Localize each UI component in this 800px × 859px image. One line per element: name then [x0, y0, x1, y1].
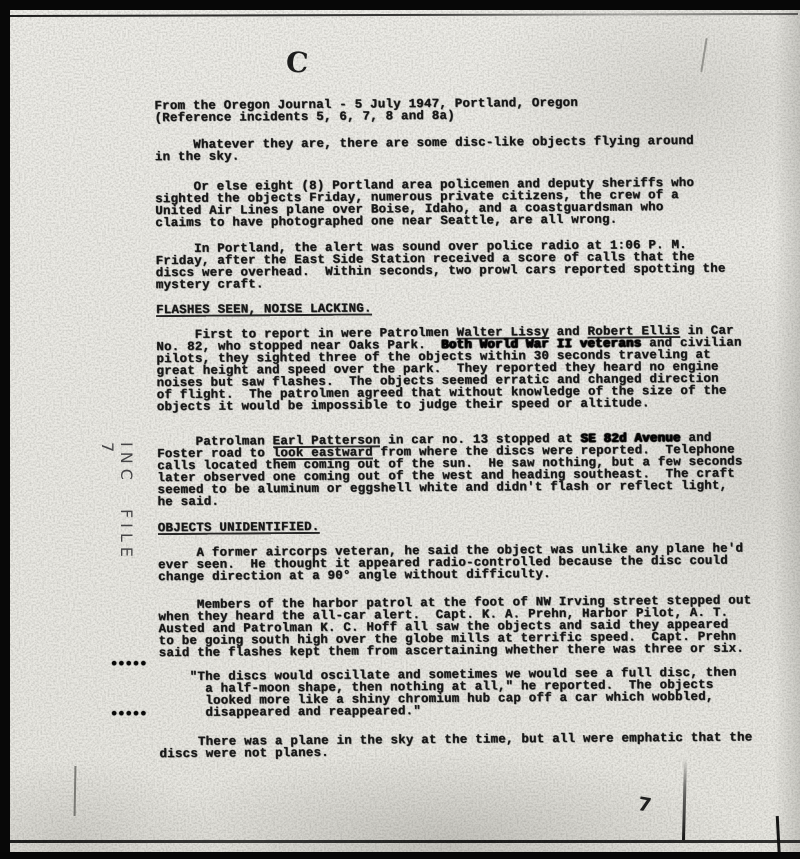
- text-line: objects it would be impossible to judge …: [157, 397, 742, 414]
- text-line: FLASHES SEEN, NOISE LACKING.: [156, 302, 372, 316]
- text-segment: objects it would be impossible to judge …: [157, 396, 650, 414]
- text-line: change direction at a 90° angle without …: [158, 567, 743, 584]
- text-line: OBJECTS UNIDENTIFIED.: [158, 521, 320, 534]
- asterisk-row-2: ●●●●●: [111, 708, 148, 720]
- closing-paragraph: There was a plane in the sky at the time…: [159, 731, 752, 760]
- text-line: said the flashes kept them from ascertai…: [159, 642, 752, 659]
- witnesses-paragraph: Or else eight (8) Portland area policeme…: [155, 177, 694, 229]
- scan-border-top: [0, 0, 800, 10]
- scan-frame: From the Oregon Journal - 5 July 1947, P…: [0, 0, 800, 859]
- typewritten-text: From the Oregon Journal - 5 July 1947, P…: [7, 7, 800, 855]
- margin-mark: C: [285, 45, 310, 79]
- text-segment: (Reference incidents 5, 6, 7, 8 and 8a): [154, 109, 454, 125]
- heading-objects-unidentified: OBJECTS UNIDENTIFIED.: [158, 521, 320, 534]
- patrolmen-paragraph: First to report in were Patrolmen Walter…: [156, 325, 742, 414]
- text-segment: change direction at a 90° angle without …: [158, 567, 551, 584]
- bottom-rule-line: [8, 840, 800, 843]
- alert-paragraph: In Portland, the alert was sound over po…: [156, 239, 726, 291]
- text-segment: in the sky.: [155, 149, 240, 164]
- text-segment: disappeared and reappeared.": [159, 704, 421, 720]
- quote-paragraph: "The discs would oscillate and sometimes…: [159, 667, 737, 720]
- document-page: From the Oregon Journal - 5 July 1947, P…: [10, 10, 800, 852]
- text-segment: OBJECTS UNIDENTIFIED.: [158, 520, 320, 535]
- harbor-patrol-paragraph: Members of the harbor patrol at the foot…: [158, 594, 751, 659]
- doc-source-block: From the Oregon Journal - 5 July 1947, P…: [154, 97, 578, 124]
- asterisk-row-1: ●●●●●: [111, 658, 148, 670]
- scan-border-bottom: [0, 852, 800, 859]
- aircorps-paragraph: A former aircorps veteran, he said the o…: [158, 543, 744, 584]
- text-segment: claims to have photographed one near Sea…: [155, 213, 617, 231]
- heading-flashes-seen: FLASHES SEEN, NOISE LACKING.: [156, 302, 372, 316]
- text-line: (Reference incidents 5, 6, 7, 8 and 8a): [154, 109, 578, 124]
- margin-note-vertical: INC FILE 7: [116, 442, 136, 600]
- text-segment: mystery craft.: [156, 277, 264, 292]
- text-segment: FLASHES SEEN, NOISE LACKING.: [156, 301, 372, 317]
- scan-border-left: [0, 0, 10, 859]
- text-segment: discs were not planes.: [159, 746, 329, 761]
- intro-paragraph: Whatever they are, there are some disc-l…: [155, 135, 694, 163]
- patterson-paragraph: Patrolman Earl Patterson in car no. 13 s…: [157, 432, 743, 509]
- text-segment: he said.: [158, 495, 220, 509]
- text-line: claims to have photographed one near Sea…: [155, 213, 694, 229]
